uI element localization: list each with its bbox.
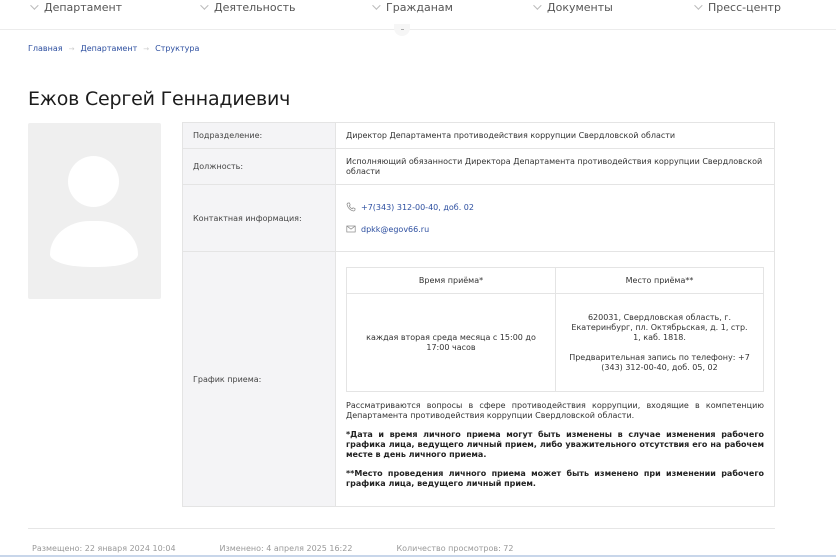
breadcrumb-separator-icon: → xyxy=(143,45,149,53)
subdivision-value[interactable]: Директор Департамента противодействия ко… xyxy=(336,123,775,149)
table-row: Должность: Исполняющий обязанности Дирек… xyxy=(183,149,775,185)
chevron-down-icon xyxy=(533,1,541,9)
time-change-note: *Дата и время личного приема могут быть … xyxy=(346,430,764,460)
position-label: Должность: xyxy=(183,149,336,185)
table-row: Контактная информация: +7(343) 312-00-40… xyxy=(183,185,775,252)
reception-time-header: Время приёма* xyxy=(347,268,556,294)
chevron-down-icon xyxy=(200,1,208,9)
avatar-head-icon xyxy=(68,156,119,207)
contact-label: Контактная информация: xyxy=(183,185,336,252)
page-title: Ежов Сергей Геннадиевич xyxy=(28,88,290,110)
avatar-body-icon xyxy=(50,221,138,267)
modified-date: Изменено: 4 апреля 2025 16:22 xyxy=(220,544,353,553)
nav-item-label: Деятельность xyxy=(214,1,296,14)
posted-date: Размещено: 22 января 2024 10:04 xyxy=(32,544,176,553)
reception-phone: Предварительная запись по телефону: +7 (… xyxy=(568,353,751,373)
breadcrumb-home[interactable]: Главная xyxy=(28,44,63,53)
scope-note: Рассматриваются вопросы в сфере противод… xyxy=(346,401,764,421)
footer-divider xyxy=(28,528,775,529)
subdivision-label: Подразделение: xyxy=(183,123,336,149)
breadcrumb-department[interactable]: Департамент xyxy=(80,44,137,53)
phone-link[interactable]: +7(343) 312-00-40, доб. 02 xyxy=(346,202,764,212)
reception-address: 620031, Свердловская область, г. Екатери… xyxy=(568,313,751,343)
top-navigation: Департамент Деятельность Гражданам Докум… xyxy=(0,0,836,30)
reception-place-cell: 620031, Свердловская область, г. Екатери… xyxy=(556,294,764,392)
nav-item-label: Департамент xyxy=(44,1,122,14)
table-row: каждая вторая среда месяца с 15:00 до 17… xyxy=(347,294,764,392)
place-change-note: **Место проведения личного приема может … xyxy=(346,469,764,489)
reception-place-header: Место приёма** xyxy=(556,268,764,294)
position-value: Исполняющий обязанности Директора Департ… xyxy=(336,149,775,185)
chevron-up-icon xyxy=(401,29,404,30)
nav-item-documents[interactable]: Документы xyxy=(533,0,613,14)
avatar-placeholder xyxy=(28,123,161,299)
schedule-label: График приема: xyxy=(183,252,336,507)
table-row: Подразделение: Директор Департамента про… xyxy=(183,123,775,149)
view-count: Количество просмотров: 72 xyxy=(396,544,513,553)
nav-collapse-toggle[interactable] xyxy=(394,24,410,36)
breadcrumb-separator-icon: → xyxy=(69,45,75,53)
table-row: График приема: Время приёма* Место приём… xyxy=(183,252,775,507)
nav-item-label: Гражданам xyxy=(386,1,453,14)
table-header-row: Время приёма* Место приёма** xyxy=(347,268,764,294)
page-meta: Размещено: 22 января 2024 10:04 Изменено… xyxy=(32,544,557,553)
phone-icon xyxy=(346,202,356,212)
employee-info-table: Подразделение: Директор Департамента про… xyxy=(182,122,775,507)
phone-text: +7(343) 312-00-40, доб. 02 xyxy=(361,203,474,212)
nav-item-activity[interactable]: Деятельность xyxy=(200,0,296,14)
nav-item-label: Пресс-центр xyxy=(708,1,781,14)
chevron-down-icon xyxy=(372,1,380,9)
nav-item-citizens[interactable]: Гражданам xyxy=(372,0,453,14)
nav-item-department[interactable]: Департамент xyxy=(30,0,122,14)
schedule-value: Время приёма* Место приёма** каждая втор… xyxy=(336,252,775,507)
chevron-down-icon xyxy=(30,1,38,9)
reception-time-cell: каждая вторая среда месяца с 15:00 до 17… xyxy=(347,294,556,392)
email-link[interactable]: dpkk@egov66.ru xyxy=(346,224,764,234)
breadcrumb-structure[interactable]: Структура xyxy=(155,44,199,53)
reception-schedule-table: Время приёма* Место приёма** каждая втор… xyxy=(346,267,764,392)
chevron-down-icon xyxy=(694,1,702,9)
nav-item-press-center[interactable]: Пресс-центр xyxy=(694,0,781,14)
contact-value: +7(343) 312-00-40, доб. 02 dpkk@egov66.r… xyxy=(336,185,775,252)
breadcrumb: Главная → Департамент → Структура xyxy=(28,44,199,53)
email-text: dpkk@egov66.ru xyxy=(361,225,429,234)
nav-item-label: Документы xyxy=(547,1,613,14)
mail-icon xyxy=(346,224,356,234)
